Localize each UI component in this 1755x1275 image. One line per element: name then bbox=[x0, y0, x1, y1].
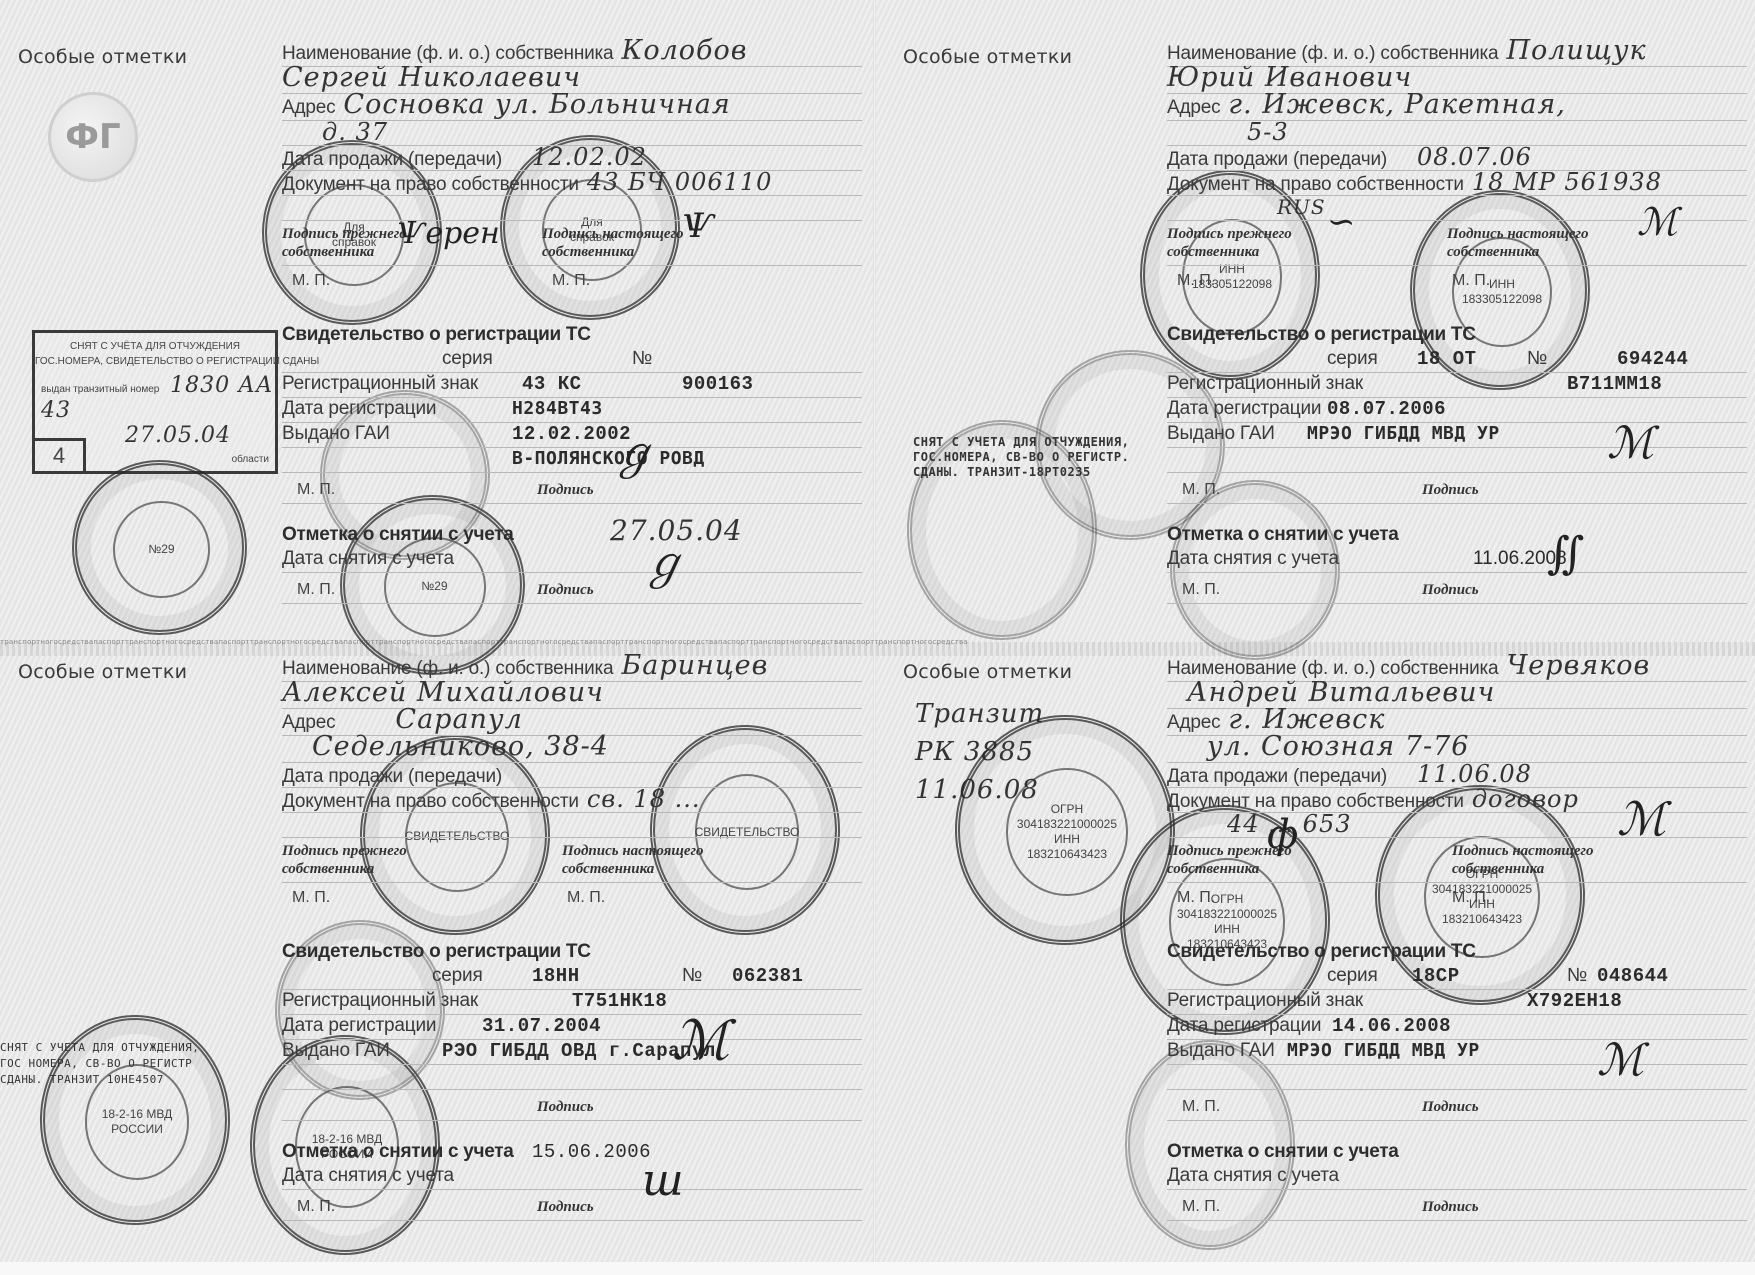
owner-section-4: Особые отметки Транзит РК 3885 11.06.08 … bbox=[895, 655, 1755, 1275]
sale-date-label: Дата продажи (передачи) bbox=[282, 149, 502, 170]
inn-value: 183210643423 bbox=[1027, 847, 1107, 862]
issued-by-label: Выдано ГАИ bbox=[282, 1040, 390, 1061]
issued-by-label: Выдано ГАИ bbox=[282, 423, 390, 444]
prev-owner-signature: ∽ bbox=[1327, 211, 1356, 233]
stamp-line: СДАНЫ. ТРАНЗИТ-18РТ0235 bbox=[913, 465, 1129, 480]
number-label: № bbox=[1567, 965, 1587, 987]
prev-owner-signature-label-2: собственника bbox=[282, 243, 407, 261]
reg-plate-label: Регистрационный знак bbox=[1167, 373, 1363, 394]
cert-number-value: 048644 bbox=[1597, 965, 1668, 987]
ownership-doc-value: 18 МР 561938 bbox=[1472, 168, 1662, 196]
series-label: серия bbox=[442, 348, 493, 370]
prev-owner-signature-label: Подпись прежнего bbox=[282, 842, 407, 860]
issued-by-label: Выдано ГАИ bbox=[1167, 423, 1275, 444]
reg-date-value: 14.06.2008 bbox=[1332, 1015, 1451, 1037]
reg-plate-value: Т751НК18 bbox=[572, 990, 667, 1012]
owner-form: Наименование (ф. и. о.) собственникаЧерв… bbox=[1167, 655, 1747, 1221]
signature-label: Подпись bbox=[1422, 1098, 1479, 1116]
seal-place-label: М. П. bbox=[1452, 270, 1490, 292]
special-marks-label: Особые отметки bbox=[18, 46, 187, 68]
number-label: № bbox=[632, 348, 652, 370]
reg-date-value: 31.07.2004 bbox=[482, 1015, 601, 1037]
owner-section-1: Особые отметки ФГ СНЯТ С УЧЁТА ДЛЯ ОТЧУЖ… bbox=[10, 40, 870, 660]
issued-by-value: МРЭО ГИБДД МВД УР bbox=[1307, 423, 1500, 445]
signature-label: Подпись bbox=[537, 1198, 594, 1216]
inspector-signature: ℊ bbox=[612, 443, 656, 465]
reg-plate-value: Н284ВТ43 bbox=[512, 398, 603, 420]
address-line-2: Седельниково, 38-4 bbox=[312, 731, 609, 762]
cur-owner-signature-label: Подпись настоящего bbox=[542, 225, 684, 243]
cur-owner-signature: ℳ bbox=[1637, 211, 1678, 233]
issued-by-label: Выдано ГАИ bbox=[1167, 1040, 1275, 1061]
dereg-date-label: Дата снятия с учета bbox=[1167, 548, 1339, 569]
signature-label: Подпись bbox=[537, 1098, 594, 1116]
owner-form: Наименование (ф. и. о.) собственникаБари… bbox=[282, 655, 862, 1221]
seal-place-label: М. П. bbox=[297, 1196, 335, 1218]
transit-number: 1830 АА 43 bbox=[41, 373, 273, 423]
reg-cert-heading: Свидетельство о регистрации ТС bbox=[1167, 324, 1476, 345]
seal-place-label: М. П. bbox=[297, 579, 335, 601]
sale-date-label: Дата продажи (передачи) bbox=[282, 766, 502, 787]
ownership-doc-label: Документ на право собственности bbox=[282, 791, 579, 812]
owner-form: Наименование (ф. и. о.) собственникаКоло… bbox=[282, 40, 862, 604]
special-marks-label: Особые отметки bbox=[18, 661, 187, 683]
seal-place-label: М. П. bbox=[1182, 579, 1220, 601]
owner-section-2: Особые отметки ИНН 183305122098 ИНН 1833… bbox=[895, 40, 1755, 660]
reg-cert-heading: Свидетельство о регистрации ТС bbox=[1167, 941, 1476, 962]
seal-place-label: М. П. bbox=[292, 270, 330, 292]
number-label: № bbox=[682, 965, 702, 987]
reg-plate-label: Регистрационный знак bbox=[282, 990, 478, 1011]
seal-place-label: М. П. bbox=[1182, 1096, 1220, 1118]
ownership-doc-value: св. 18 ... bbox=[587, 785, 701, 813]
stamp-footer: области bbox=[232, 454, 269, 465]
inspector-signature: ℳ bbox=[1597, 1050, 1644, 1072]
prev-owner-signature-label: Подпись прежнего bbox=[282, 225, 407, 243]
stamp-line: СНЯТ С УЧЁТА ДЛЯ ОТЧУЖДЕНИЯ bbox=[35, 341, 275, 352]
reg-cert-heading: Свидетельство о регистрации ТС bbox=[282, 324, 591, 345]
inspector-signature: ℳ bbox=[1607, 433, 1654, 455]
reg-plate-label: Регистрационный знак bbox=[1167, 990, 1363, 1011]
seal-place-label: М. П. bbox=[567, 887, 605, 909]
signature-label: Подпись bbox=[537, 581, 594, 599]
sale-date-value: 11.06.08 bbox=[1417, 760, 1532, 788]
address-label: Адрес bbox=[1167, 97, 1220, 118]
reg-cert-heading: Свидетельство о регистрации ТС bbox=[282, 941, 591, 962]
address-line-1: г. Ижевск, Ракетная, bbox=[1228, 89, 1565, 120]
ownership-doc-label: Документ на право собственности bbox=[282, 174, 579, 195]
owner-surname: Баринцев bbox=[621, 650, 768, 681]
owner-surname: Полищук bbox=[1506, 35, 1646, 66]
dereg-signature: ∬ bbox=[1547, 543, 1584, 565]
stamp-line: выдан транзитный номер bbox=[41, 384, 159, 395]
series-label: серия bbox=[1327, 348, 1378, 370]
cur-owner-signature-label: Подпись настоящего bbox=[1452, 842, 1594, 860]
dereg-date-value: 15.06.2006 bbox=[532, 1141, 651, 1163]
dereg-heading: Отметка о снятии с учета bbox=[1167, 524, 1399, 545]
cur-owner-signature: Ѱ bbox=[682, 215, 714, 237]
ownership-doc-value-2: RUS bbox=[1277, 195, 1326, 219]
cur-owner-signature-label: Подпись настоящего bbox=[562, 842, 704, 860]
address-line-2: ул. Союзная 7-76 bbox=[1207, 731, 1469, 762]
inspector-signature: ℳ bbox=[672, 1030, 730, 1052]
cert-number-value: 694244 bbox=[1617, 348, 1688, 370]
seal-place-label: М. П. bbox=[1182, 479, 1220, 501]
stamp-line: СДАНЫ. ТРАНЗИТ 10НЕ4507 bbox=[0, 1072, 199, 1088]
seal-place-label: М. П. bbox=[1177, 887, 1215, 909]
reg-plate-label: Регистрационный знак bbox=[282, 373, 478, 394]
stamp-date: 27.05.04 bbox=[125, 423, 275, 448]
sale-date-value: 08.07.06 bbox=[1417, 143, 1532, 171]
prev-owner-signature: ф bbox=[1267, 824, 1298, 846]
address-line-1: Сосновка ул. Больничная bbox=[343, 89, 730, 120]
round-stamp: №29 bbox=[72, 460, 247, 635]
owner-name-label: Наименование (ф. и. о.) собственника bbox=[1167, 43, 1498, 64]
address-line-2: 5-3 bbox=[1247, 118, 1289, 146]
ownership-doc-value: 43 БЧ 006110 bbox=[587, 168, 773, 196]
cur-owner-signature-label-2: собственника bbox=[542, 243, 684, 261]
seal-place-label: М. П. bbox=[1177, 270, 1215, 292]
signature-label: Подпись bbox=[537, 481, 594, 499]
series-label: серия bbox=[1327, 965, 1378, 987]
stamp-line: СНЯТ С УЧЕТА ДЛЯ ОТЧУЖДЕНИЯ, bbox=[913, 435, 1129, 450]
cert-number-value: 062381 bbox=[732, 965, 803, 987]
seal-place-label: М. П. bbox=[552, 270, 590, 292]
prev-owner-signature-label-2: собственника bbox=[282, 860, 407, 878]
deregistration-text-stamp: СНЯТ С УЧЕТА ДЛЯ ОТЧУЖДЕНИЯ, ГОС НОМЕРА,… bbox=[0, 1040, 199, 1088]
prev-owner-signature-label-2: собственника bbox=[1167, 860, 1292, 878]
cert-series-value: 18СР bbox=[1412, 965, 1460, 987]
dereg-signature: ш bbox=[642, 1170, 684, 1192]
owner-name-label: Наименование (ф. и. о.) собственника bbox=[282, 658, 613, 679]
owner-surname: Колобов bbox=[621, 35, 747, 66]
stamp-box-number: 4 bbox=[35, 438, 86, 471]
cur-owner-signature: ℳ bbox=[1617, 808, 1666, 830]
reg-date-label: Дата регистрации bbox=[1167, 1015, 1321, 1036]
deregistration-box-stamp: СНЯТ С УЧЁТА ДЛЯ ОТЧУЖДЕНИЯ ГОС.НОМЕРА, … bbox=[32, 330, 278, 474]
ogrn-label: ОГРН bbox=[1051, 802, 1084, 817]
seal-place-label: М. П. bbox=[297, 479, 335, 501]
address-label: Адрес bbox=[1167, 712, 1220, 733]
stamp-line: ГОС.НОМЕРА, СВ-ВО О РЕГИСТР. bbox=[913, 450, 1129, 465]
sale-date-label: Дата продажи (передачи) bbox=[1167, 766, 1387, 787]
reg-plate-value: В711ММ18 bbox=[1567, 373, 1662, 395]
owner-name-label: Наименование (ф. и. о.) собственника bbox=[1167, 658, 1498, 679]
dereg-heading: Отметка о снятии с учета bbox=[282, 1141, 514, 1162]
special-marks-label: Особые отметки bbox=[903, 46, 1072, 68]
seal-place-label: М. П. bbox=[1182, 1196, 1220, 1218]
dereg-heading: Отметка о снятии с учета bbox=[1167, 1141, 1399, 1162]
cur-owner-signature-label-2: собственника bbox=[1452, 860, 1594, 878]
cert-series-value: 18НН bbox=[532, 965, 580, 987]
seal-place-label: М. П. bbox=[292, 887, 330, 909]
number-label: № bbox=[1527, 348, 1547, 370]
ogrn-value: 304183221000025 bbox=[1017, 817, 1117, 832]
gosznak-logo-icon: ФГ bbox=[48, 92, 138, 182]
signature-label: Подпись bbox=[1422, 581, 1479, 599]
prev-owner-signature: Ѱерен bbox=[397, 223, 500, 245]
dereg-date-label: Дата снятия с учета bbox=[282, 548, 454, 569]
inn-label: ИНН bbox=[1054, 832, 1080, 847]
ownership-doc-label: Документ на право собственности bbox=[1167, 791, 1464, 812]
prev-owner-signature-label: Подпись прежнего bbox=[1167, 225, 1292, 243]
dereg-date-label: Дата снятия с учета bbox=[1167, 1165, 1339, 1186]
signature-label: Подпись bbox=[1422, 1198, 1479, 1216]
stamp-line: ГОС НОМЕРА, СВ-ВО О РЕГИСТР bbox=[0, 1056, 199, 1072]
cert-number-value: 900163 bbox=[682, 373, 753, 395]
seal-place-label: М. П. bbox=[1452, 887, 1490, 909]
dereg-heading: Отметка о снятии с учета bbox=[282, 524, 514, 545]
stamp-line: ГОС.НОМЕРА, СВИДЕТЕЛЬСТВО О РЕГИСТРАЦИИ … bbox=[35, 356, 275, 367]
issued-by-value: В-ПОЛЯНСКОГО РОВД bbox=[512, 448, 705, 470]
sale-date-label: Дата продажи (передачи) bbox=[1167, 149, 1387, 170]
reg-date-value: 08.07.2006 bbox=[1327, 398, 1446, 420]
dereg-date-label: Дата снятия с учета bbox=[282, 1165, 454, 1186]
cert-series-value: 43 КС bbox=[522, 373, 582, 395]
stamp-line: СНЯТ С УЧЕТА ДЛЯ ОТЧУЖДЕНИЯ, bbox=[0, 1040, 199, 1056]
owner-surname: Червяков bbox=[1506, 650, 1650, 681]
series-label: серия bbox=[432, 965, 483, 987]
reg-plate-value: Х792ЕН18 bbox=[1527, 990, 1622, 1012]
dereg-signature: ℊ bbox=[642, 553, 686, 575]
owner-section-3: Особые отметки СВИДЕТЕЛЬСТВО СВИДЕТЕЛЬСТ… bbox=[10, 655, 870, 1275]
cert-series-value: 18 ОТ bbox=[1417, 348, 1477, 370]
reg-date-label: Дата регистрации bbox=[282, 1015, 436, 1036]
address-label: Адрес bbox=[282, 712, 335, 733]
issued-by-value: МРЭО ГИБДД МВД УР bbox=[1287, 1040, 1480, 1062]
sale-date-value: 12.02.02 bbox=[532, 143, 647, 171]
deregistration-text-stamp: СНЯТ С УЧЕТА ДЛЯ ОТЧУЖДЕНИЯ, ГОС.НОМЕРА,… bbox=[913, 435, 1129, 480]
owner-form: Наименование (ф. и. о.) собственникаПоли… bbox=[1167, 40, 1747, 604]
prev-owner-signature-label-2: собственника bbox=[1167, 243, 1292, 261]
address-line-2: д. 37 bbox=[322, 118, 388, 146]
reg-date-label: Дата регистрации bbox=[1167, 398, 1321, 419]
signature-label: Подпись bbox=[1422, 481, 1479, 499]
address-label: Адрес bbox=[282, 97, 335, 118]
owner-name-label: Наименование (ф. и. о.) собственника bbox=[282, 43, 613, 64]
cur-owner-signature-label: Подпись настоящего bbox=[1447, 225, 1589, 243]
reg-date-label: Дата регистрации bbox=[282, 398, 436, 419]
ownership-doc-value: договор bbox=[1472, 785, 1579, 813]
cur-owner-signature-label-2: собственника bbox=[1447, 243, 1589, 261]
special-marks-label: Особые отметки bbox=[903, 661, 1072, 683]
cur-owner-signature-label-2: собственника bbox=[562, 860, 704, 878]
ownership-doc-label: Документ на право собственности bbox=[1167, 174, 1464, 195]
